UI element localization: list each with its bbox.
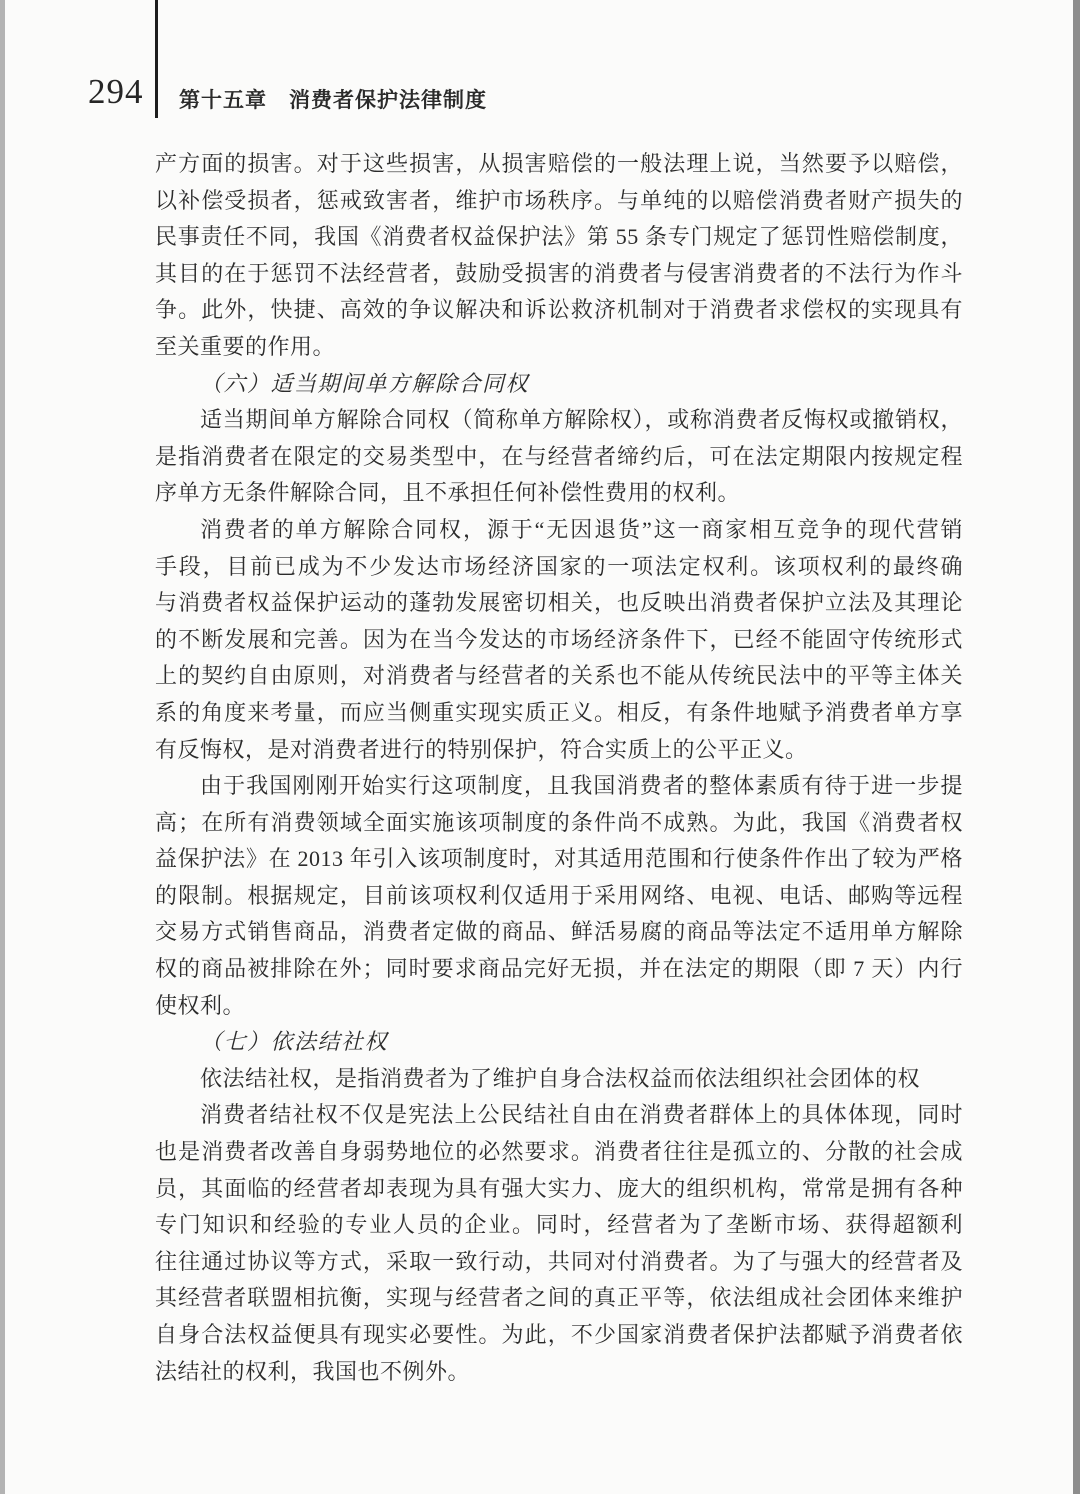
header-divider-rule [155,0,158,118]
text-line: 高；在所有消费领域全面实施该项制度的条件尚不成熟。为此，我国《消费者权 [155,805,963,842]
text-line: 依法结社权，是指消费者为了维护自身合法权益而依法组织社会团体的权利。 [155,1061,963,1098]
scan-edge-left [0,0,5,1494]
text-line: 产方面的损害。对于这些损害，从损害赔偿的一般法理上说，当然要予以赔偿， [155,146,963,183]
text-line: 至关重要的作用。 [155,329,963,366]
page-number: 294 [88,72,144,112]
text-line: 其经营者联盟相抗衡，实现与经营者之间的真正平等，依法组成社会团体来维护 [155,1280,963,1317]
text-line: 系的角度来考量，而应当侧重实现实质正义。相反，有条件地赋予消费者单方享 [155,695,963,732]
text-line: 的不断发展和完善。因为在当今发达的市场经济条件下，已经不能固守传统形式 [155,622,963,659]
text-line: 消费者结社权不仅是宪法上公民结社自由在消费者群体上的具体体现，同时 [155,1097,963,1134]
text-line: 民事责任不同，我国《消费者权益保护法》第 55 条专门规定了惩罚性赔偿制度， [155,219,963,256]
text-line: 与消费者权益保护运动的蓬勃发展密切相关，也反映出消费者保护立法及其理论 [155,585,963,622]
section-heading: （七）依法结社权 [155,1024,963,1061]
text-line: 上的契约自由原则，对消费者与经营者的关系也不能从传统民法中的平等主体关 [155,658,963,695]
scan-edge-right [1073,0,1080,1494]
text-line: 自身合法权益便具有现实必要性。为此，不少国家消费者保护法都赋予消费者依 [155,1317,963,1354]
text-line: 有反悔权，是对消费者进行的特别保护，符合实质上的公平正义。 [155,732,963,769]
text-line: 由于我国刚刚开始实行这项制度，且我国消费者的整体素质有待于进一步提 [155,768,963,805]
text-line: 权的商品被排除在外；同时要求商品完好无损，并在法定的期限（即 7 天）内行 [155,951,963,988]
text-line: 法结社的权利，我国也不例外。 [155,1354,963,1391]
text-line: 是指消费者在限定的交易类型中，在与经营者缔约后，可在法定期限内按规定程 [155,439,963,476]
text-line: 手段，目前已成为不少发达市场经济国家的一项法定权利。该项权利的最终确立， [155,549,963,586]
section-heading: （六）适当期间单方解除合同权 [155,366,963,403]
text-line: 往往通过协议等方式，采取一致行动，共同对付消费者。为了与强大的经营者及 [155,1244,963,1281]
page-body: 产方面的损害。对于这些损害，从损害赔偿的一般法理上说，当然要予以赔偿，以补偿受损… [155,146,963,1390]
text-line: 交易方式销售商品，消费者定做的商品、鲜活易腐的商品等法定不适用单方解除 [155,914,963,951]
text-line: 的限制。根据规定，目前该项权利仅适用于采用网络、电视、电话、邮购等远程 [155,878,963,915]
text-line: 专门知识和经验的专业人员的企业。同时，经营者为了垄断市场、获得超额利润， [155,1207,963,1244]
text-line: 员，其面临的经营者却表现为具有强大实力、庞大的组织机构，常常是拥有各种 [155,1171,963,1208]
chapter-header: 第十五章 消费者保护法律制度 [179,84,487,114]
text-line: 争。此外，快捷、高效的争议解决和诉讼救济机制对于消费者求偿权的实现具有 [155,292,963,329]
text-line: 其目的在于惩罚不法经营者，鼓励受损害的消费者与侵害消费者的不法行为作斗 [155,256,963,293]
text-line: 使权利。 [155,988,963,1025]
text-line: 适当期间单方解除合同权（简称单方解除权），或称消费者反悔权或撤销权， [155,402,963,439]
text-line: 以补偿受损者，惩戒致害者，维护市场秩序。与单纯的以赔偿消费者财产损失的 [155,183,963,220]
text-line: 序单方无条件解除合同，且不承担任何补偿性费用的权利。 [155,475,963,512]
text-line: 消费者的单方解除合同权，源于“无因退货”这一商家相互竞争的现代营销 [155,512,963,549]
text-line: 益保护法》在 2013 年引入该项制度时，对其适用范围和行使条件作出了较为严格 [155,841,963,878]
text-line: 也是消费者改善自身弱势地位的必然要求。消费者往往是孤立的、分散的社会成 [155,1134,963,1171]
